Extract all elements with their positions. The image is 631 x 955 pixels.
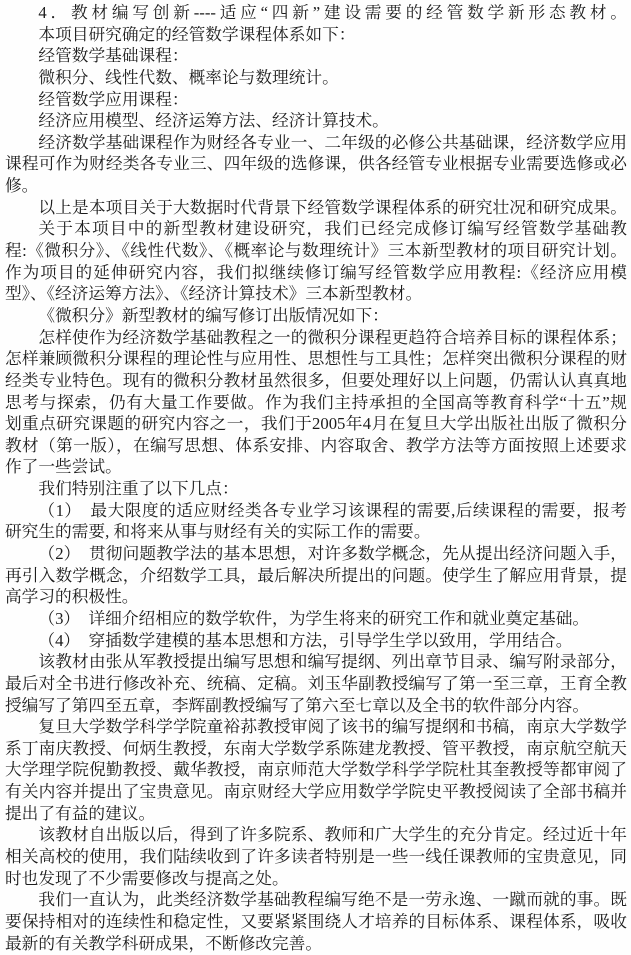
text-line: 本项目研究确定的经管数学课程体系如下： — [5, 24, 627, 46]
text-line: 系丁南庆教授、何炳生教授，东南大学数学系陈建龙教授、管平教授，南京航空航天 — [5, 738, 627, 760]
text-line: 时也发现了不少需要修改与提高之处。 — [5, 868, 627, 890]
text-line: （4） 穿插数学建模的基本思想和方法，引导学生学以致用，学用结合。 — [5, 630, 627, 652]
text-line: （3） 详细介绍相应的数学软件，为学生将来的研究工作和就业奠定基础。 — [5, 608, 627, 630]
text-line: 提出了有益的建议。 — [5, 803, 627, 825]
text-line: 有关内容并提出了宝贵意见。南京财经大学应用数学学院史平教授阅读了全部书稿并 — [5, 781, 627, 803]
text-line: 以上是本项目关于大数据时代背景下经管数学课程体系的研究壮况和研究成果。 — [5, 197, 627, 219]
text-line: 相关高校的使用，我们陆续收到了许多读者特别是一些一线任课教师的宝贵意见，同 — [5, 846, 627, 868]
text-line: 再引入数学概念，介绍数学工具，最后解决所提出的问题。使学生了解应用背景，提 — [5, 565, 627, 587]
text-line: 该教材自出版以后，得到了许多院系、教师和广大学生的充分肯定。经过近十年 — [5, 824, 627, 846]
text-line: 经济数学基础课程作为财经各专业一、二年级的必修公共基础课，经济数学应用 — [5, 132, 627, 154]
text-line: 最后对全书进行修改补充、统稿、定稿。刘玉华副教授编写了第一至三章，王育全教 — [5, 673, 627, 695]
text-line: 大学理学院倪勤教授、戴华教授，南京师范大学数学科学学院杜其奎教授等都审阅了 — [5, 759, 627, 781]
text-line: 怎样使作为经济数学基础教程之一的微积分课程更趋符合培养目标的课程体系； — [5, 327, 627, 349]
text-line: 我们一直认为，此类经济数学基础教程编写绝不是一劳永逸、一蹴而就的事。既 — [5, 889, 627, 911]
text-line: 经管数学基础课程： — [5, 45, 627, 67]
text-line: 研究生的需要, 和将来从事与财经有关的实际工作的需要。 — [5, 521, 627, 543]
text-line: 课程可作为财经类各专业三、四年级的选修课，供各经管专业根据专业需要选修或必 — [5, 153, 627, 175]
text-line: 授编写了第四至五章，李辉副教授编写了第六至七章以及全书的软件部分内容。 — [5, 695, 627, 717]
text-line: 经管数学应用课程： — [5, 89, 627, 111]
text-line: 修。 — [5, 175, 627, 197]
text-line: 关于本项目中的新型教材建设研究，我们已经完成修订编写经管数学基础教 — [5, 218, 627, 240]
document-text: 4．教材编写创新----适应“四新”建设需要的经管数学新形态教材。本项目研究确定… — [5, 2, 627, 954]
text-line: 作了一些尝试。 — [5, 456, 627, 478]
text-line: 最新的有关教学科研成果，不断修改完善。 — [5, 933, 627, 955]
text-line: 微积分、线性代数、概率论与数理统计。 — [5, 67, 627, 89]
text-line: 教材（第一版），在编写思想、体系安排、内容取舍、教学方法等方面按照上述要求 — [5, 435, 627, 457]
text-line: （2） 贯彻问题教学法的基本思想，对许多数学概念，先从提出经济问题入手， — [5, 543, 627, 565]
text-line: 该教材由张从军教授提出编写思想和编写提纲、列出章节目录、编写附录部分， — [5, 651, 627, 673]
document-page: 4．教材编写创新----适应“四新”建设需要的经管数学新形态教材。本项目研究确定… — [0, 0, 631, 955]
text-line: 复旦大学数学科学学院童裕荪教授审阅了该书的编写提纲和书稿，南京大学数学 — [5, 716, 627, 738]
text-line: 要保持相对的连续性和稳定性，又要紧紧围绕人才培养的目标体系、课程体系，吸收 — [5, 911, 627, 933]
text-line: 型》、《经济运筹方法》、《经济计算技术》三本新型教材。 — [5, 283, 627, 305]
text-line: 《微积分》新型教材的编写修订出版情况如下： — [5, 305, 627, 327]
text-line: 经济应用模型、经济运筹方法、经济计算技术。 — [5, 110, 627, 132]
text-line: （1） 最大限度的适应财经类各专业学习该课程的需要,后续课程的需要，报考 — [5, 500, 627, 522]
text-line: 作为项目的延伸研究内容，我们拟继续修订编写经管数学应用教程:《经济应用模 — [5, 262, 627, 284]
text-line: 划重点研究课题的研究内容之一，我们于2005年4月在复旦大学出版社出版了微积分 — [5, 413, 627, 435]
text-line: 经类专业特色。现有的微积分教材虽然很多，但要处理好以上问题，仍需认认真真地 — [5, 370, 627, 392]
text-line: 高学习的积极性。 — [5, 586, 627, 608]
text-line: 我们特别注重了以下几点： — [5, 478, 627, 500]
text-line: 怎样兼顾微积分课程的理论性与应用性、思想性与工具性；怎样突出微积分课程的财 — [5, 348, 627, 370]
text-line: 4．教材编写创新----适应“四新”建设需要的经管数学新形态教材。 — [5, 2, 627, 24]
text-line: 思考与探索，仍有大量工作要做。作为我们主持承担的全国高等教育科学“十五”规 — [5, 392, 627, 414]
text-line: 程:《微积分》、《线性代数》、《概率论与数理统计》三本新型教材的项目研究计划。 — [5, 240, 627, 262]
